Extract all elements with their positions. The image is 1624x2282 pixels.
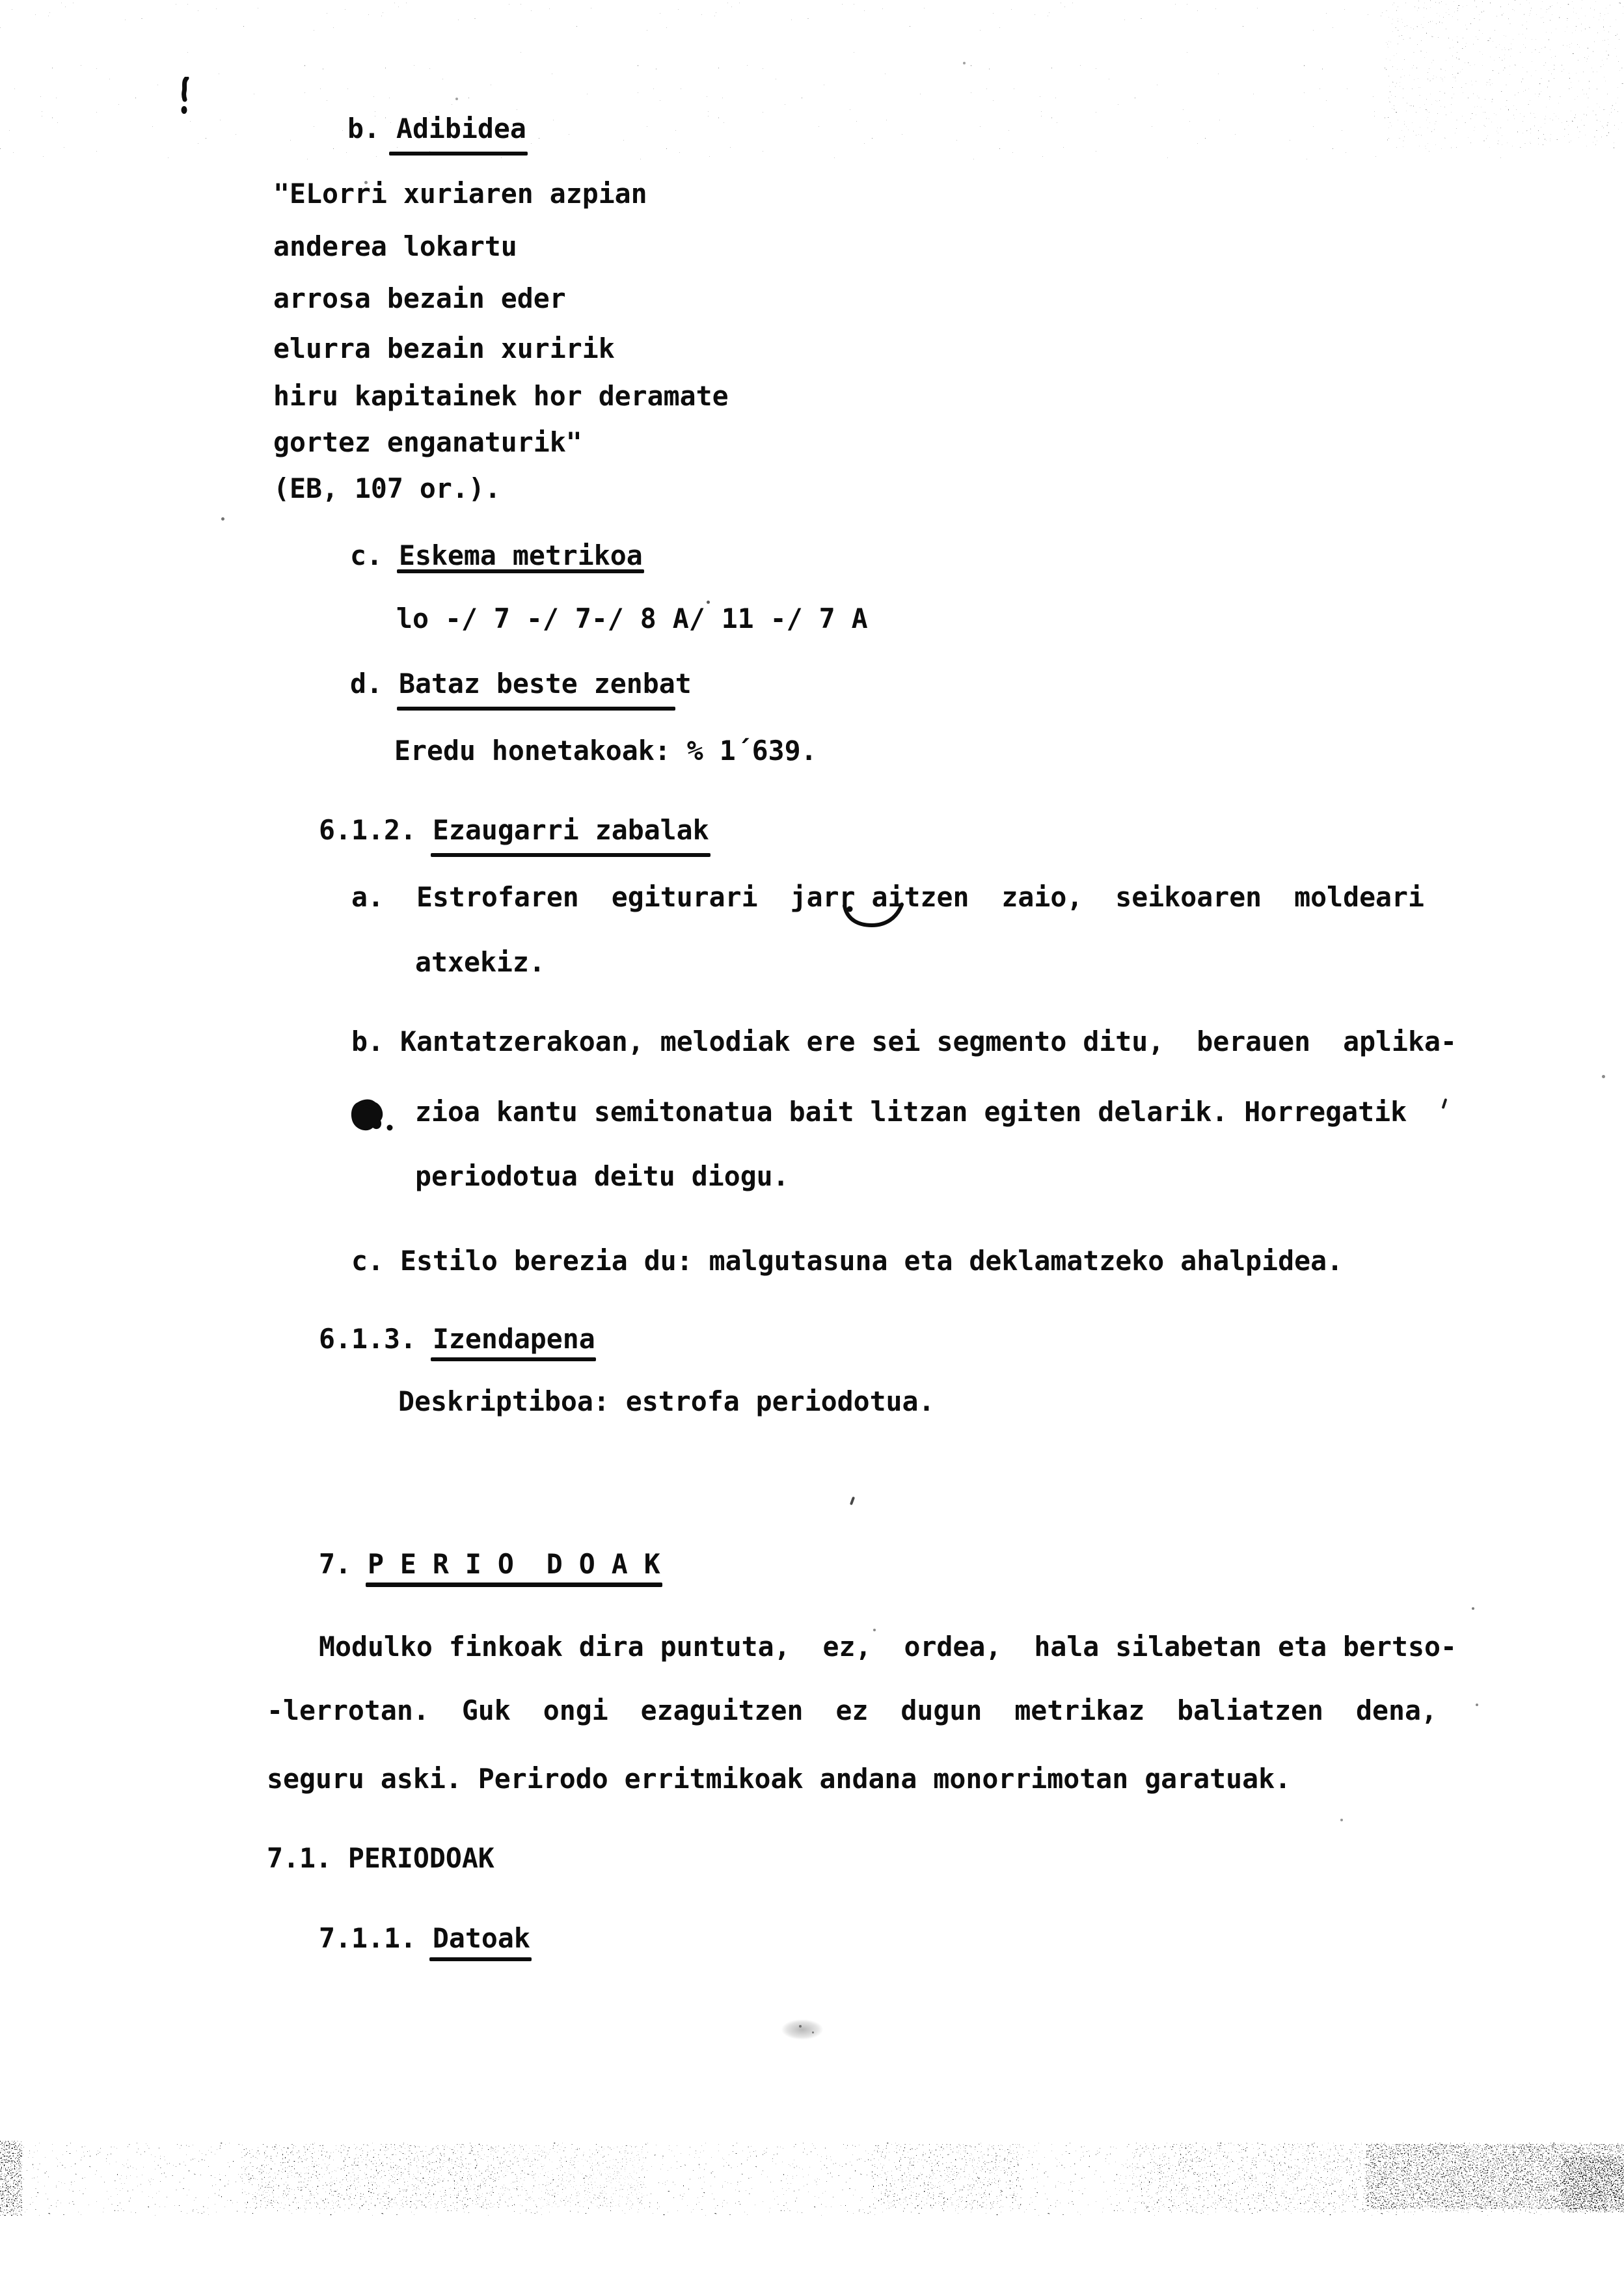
- ink-speck: [963, 62, 966, 64]
- list-item-b-line-1: b. Kantatzerakoan, melodiak ere sei segm…: [351, 1028, 1457, 1055]
- heading-item-b: b. Adibidea: [347, 115, 526, 143]
- list-item-c-line: c. Estilo berezia du: malgutasuna eta de…: [351, 1247, 1343, 1275]
- metric-scheme-line: lo -/ 7 -/ 7-/ 8 A/ 11 -/ 7 A: [396, 605, 868, 632]
- poem-line-4: elurra bezain xuririk: [273, 335, 615, 362]
- typewriter-underline: [397, 569, 644, 573]
- heading-item-d: d. Bataz beste zenbat: [350, 670, 692, 698]
- poem-line-2: anderea lokartu: [273, 233, 517, 260]
- list-item-b-line-3: periodotua deitu diogu.: [415, 1163, 789, 1190]
- scanned-typewritten-page: b. Adibidea "ELorri xuriaren azpian ande…: [0, 0, 1624, 2282]
- description-line: Deskriptiboa: estrofa periodotua.: [398, 1388, 935, 1415]
- typewriter-underline: [397, 707, 675, 711]
- average-value-line: Eredu honetakoak: % 1´639.: [394, 737, 817, 765]
- pencil-smudge: [774, 2016, 830, 2043]
- ink-speck: [1472, 1607, 1474, 1610]
- handwritten-tie-mark: [841, 902, 906, 932]
- poem-line-6: gortez enganaturik": [273, 429, 582, 456]
- paragraph-line-3: seguru aski. Perirodo erritmikoak andana…: [267, 1765, 1291, 1793]
- ink-speck: [1476, 1704, 1478, 1706]
- ink-speck: [1340, 1819, 1343, 1821]
- heading-7-1: 7.1. PERIODOAK: [267, 1845, 494, 1872]
- heading-7-1-1: 7.1.1. Datoak: [319, 1925, 530, 1952]
- heading-7: 7. P E R I O D O A K: [319, 1551, 660, 1578]
- heading-6-1-3: 6.1.3. Izendapena: [319, 1325, 595, 1353]
- typewriter-underline: [366, 1582, 662, 1587]
- poem-citation: (EB, 107 or.).: [273, 475, 501, 502]
- ink-speck: [707, 601, 710, 604]
- poem-line-1: "ELorri xuriaren azpian: [273, 180, 647, 208]
- ink-speck: [1602, 1075, 1605, 1078]
- scan-noise-top: [0, 0, 1624, 169]
- ink-speck: [873, 1629, 876, 1631]
- typewriter-underline: [431, 853, 710, 857]
- ink-speck: [812, 2031, 814, 2033]
- list-item-a-line-2: atxekiz.: [415, 949, 545, 976]
- ink-speck: [799, 2025, 802, 2028]
- ink-speck: [364, 181, 368, 184]
- exclamation-ink-mark: [178, 77, 194, 117]
- ink-speck: [455, 98, 458, 100]
- typewriter-underline: [389, 152, 528, 156]
- ink-scribble-blob: [349, 1097, 401, 1135]
- list-item-b-line-2: zioa kantu semitonatua bait litzan egite…: [415, 1098, 1407, 1126]
- heading-6-1-2: 6.1.2. Ezaugarri zabalak: [319, 817, 709, 844]
- ink-speck: [221, 517, 224, 521]
- ink-tick-mark: [850, 1497, 855, 1506]
- poem-line-3: arrosa bezain eder: [273, 285, 566, 312]
- scan-noise-band: [0, 2138, 1624, 2225]
- ink-tick-mark: [1442, 1098, 1448, 1109]
- paragraph-line-2: -lerrotan. Guk ongi ezaguitzen ez dugun …: [267, 1697, 1437, 1724]
- paragraph-line-1: Modulko finkoak dira puntuta, ez, ordea,…: [319, 1633, 1457, 1661]
- typewriter-underline: [429, 1957, 532, 1961]
- heading-item-c: c. Eskema metrikoa: [350, 542, 643, 569]
- typewriter-underline: [431, 1357, 596, 1361]
- poem-line-5: hiru kapitainek hor deramate: [273, 383, 729, 410]
